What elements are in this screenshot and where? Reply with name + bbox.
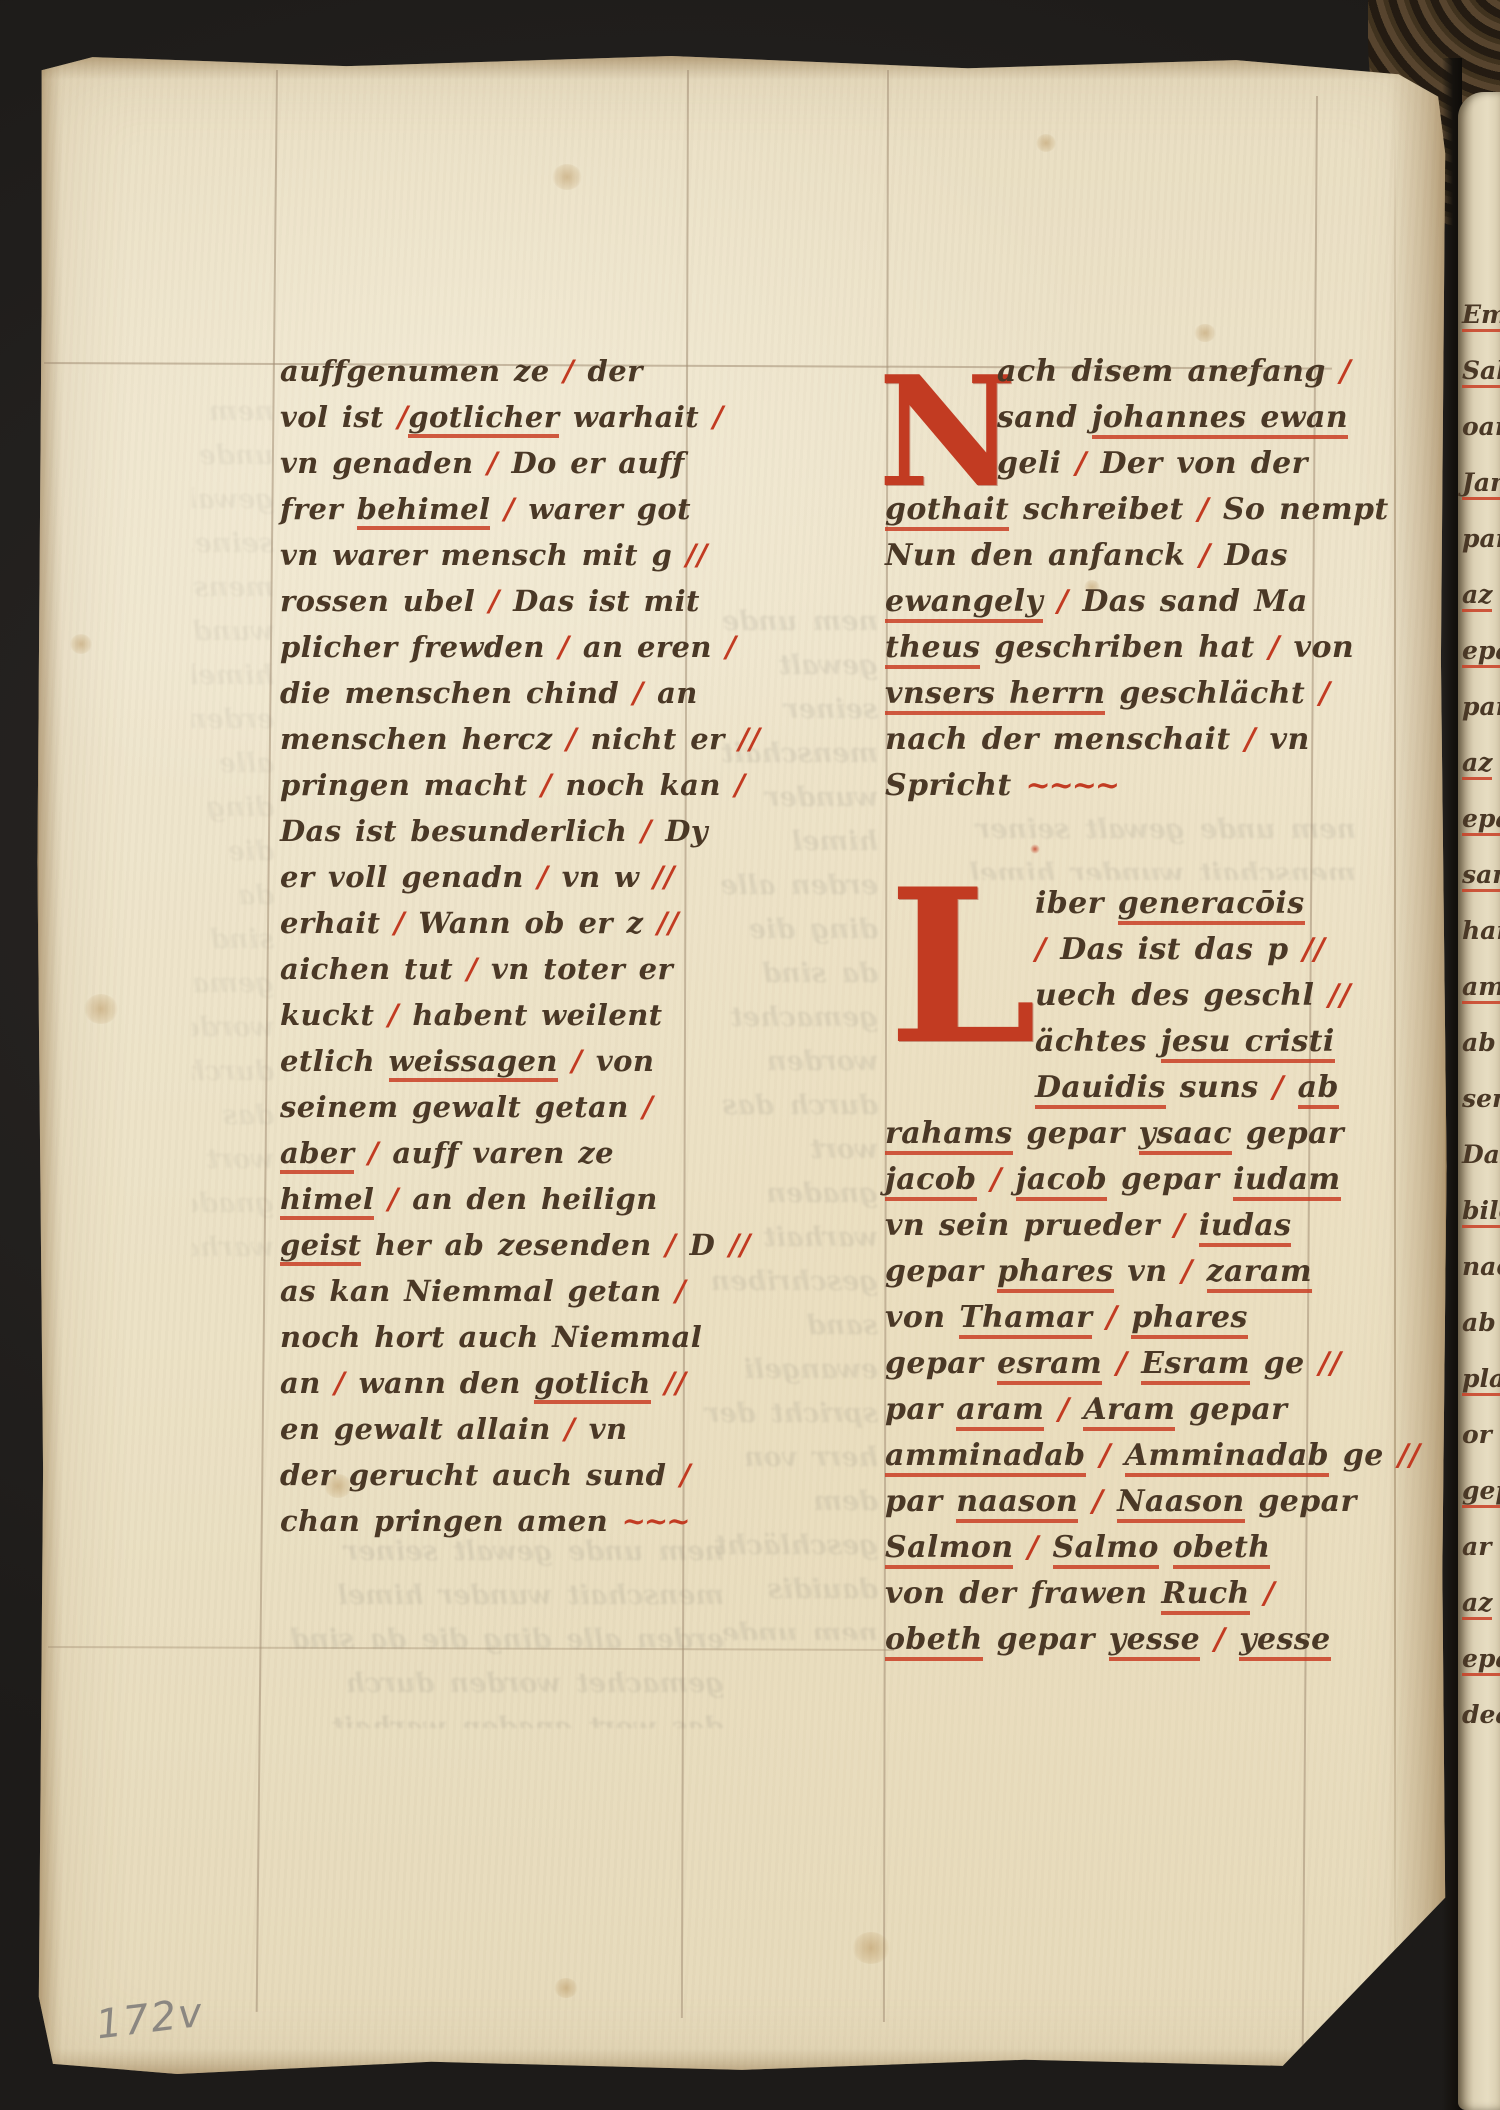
- rubric-mark: /: [1198, 492, 1209, 527]
- ink-text: Dy: [652, 814, 708, 848]
- rubric-mark: //: [1319, 1346, 1342, 1381]
- rubric-mark: /: [368, 1136, 379, 1170]
- text-line: gepar phares vn / zaram: [885, 1254, 1381, 1300]
- text-line: vnsers herrn geschlächt /: [885, 676, 1375, 722]
- ink-text: vn: [575, 1412, 627, 1446]
- ink-text: noch hort auch Niemmal: [280, 1320, 702, 1354]
- red-underlined-word: rahams: [885, 1116, 1013, 1155]
- text-line: amminadab / Amminadab ge //: [885, 1438, 1381, 1484]
- red-underlined-word: obeth: [1173, 1530, 1271, 1569]
- fore-edge-text-fragment: Das: [1458, 1140, 1500, 1196]
- ink-text: aichen tut: [280, 952, 467, 986]
- ink-text: nach: [1462, 1252, 1500, 1281]
- red-underlined-word: Salmo: [1053, 1530, 1159, 1569]
- ink-text: [1225, 1622, 1239, 1657]
- ink-text: [1185, 1208, 1199, 1243]
- show-through-text: nem unde gewalt seiner menschait wunder …: [192, 390, 274, 1270]
- rubric-mark: /: [1106, 1300, 1117, 1335]
- fore-edge-text-fragment: amo: [1458, 972, 1500, 1028]
- rubric-mark: /: [1272, 1070, 1283, 1105]
- red-underlined-word: az: [1462, 1588, 1492, 1620]
- text-line: seinem gewalt getan /: [280, 1090, 740, 1136]
- fore-edge-text-fragment: han: [1458, 916, 1500, 972]
- red-underlined-word: gotlicher: [408, 400, 559, 438]
- ink-text: [1070, 1392, 1084, 1427]
- red-underlined-word: yesse: [1109, 1622, 1200, 1661]
- rubric-mark: /: [990, 1162, 1001, 1197]
- red-underlined-word: aber: [280, 1136, 354, 1174]
- red-underlined-word: obeth: [885, 1622, 983, 1661]
- fore-edge-text-fragment: sen: [1458, 1084, 1500, 1140]
- ink-text: geschlächt: [1105, 676, 1319, 711]
- ink-text: [977, 1162, 991, 1197]
- ink-text: vn: [1114, 1254, 1182, 1289]
- fore-edge-text-fragment: par: [1458, 524, 1500, 580]
- red-underlined-word: Amminadab: [1125, 1438, 1329, 1477]
- rubric-mark: //: [664, 1366, 686, 1400]
- red-underlined-word: esram: [997, 1346, 1102, 1385]
- stain: [84, 994, 118, 1024]
- red-underlined-word: geist: [280, 1228, 361, 1266]
- ink-text: [651, 1366, 665, 1400]
- ink-text: sen: [1462, 1084, 1500, 1113]
- rubric-mark: /: [1116, 1346, 1127, 1381]
- ink-text: [1250, 1576, 1264, 1611]
- text-line: von der frawen Ruch /: [885, 1576, 1381, 1622]
- fore-edge-text-fragment: ab: [1458, 1028, 1500, 1084]
- text-line: theus geschriben hat / von: [885, 630, 1375, 676]
- rubric-mark: /: [487, 446, 498, 480]
- ink-text: [1039, 1530, 1053, 1565]
- ink-text: ab: [1462, 1028, 1496, 1057]
- rubric-mark: /: [633, 676, 644, 710]
- folio-number: 172v: [94, 1990, 207, 2049]
- ink-text: gepar: [885, 1254, 997, 1289]
- rubric-mark: //: [1302, 932, 1325, 967]
- red-underlined-word: phares: [997, 1254, 1113, 1293]
- rubric-flourish: ~~~~: [1025, 768, 1118, 803]
- red-underlined-word: Ruch: [1161, 1576, 1249, 1615]
- red-underlined-word: Jam: [1462, 468, 1500, 500]
- rubric-mark: /: [642, 1090, 653, 1124]
- text-line: vn genaden / Do er auff: [280, 446, 740, 492]
- fore-edge-text-fragment: ab ala: [1458, 1308, 1500, 1364]
- red-underlined-word: weissagen: [389, 1044, 558, 1082]
- ink-text: [558, 1044, 572, 1078]
- ink-text: en gewalt allain: [280, 1412, 564, 1446]
- ink-text: gepar: [1013, 1116, 1139, 1151]
- ink-text: Wann ob er z: [405, 906, 657, 940]
- ink-text: [1193, 1254, 1207, 1289]
- red-underlined-word: jacob: [885, 1162, 977, 1201]
- ink-text: vn warer mensch mit g: [280, 538, 686, 572]
- ink-text: or ze: [1462, 1420, 1500, 1449]
- ink-text: Der von der: [1087, 446, 1308, 481]
- red-underlined-word: Esram: [1141, 1346, 1250, 1385]
- text-line: die menschen chind / an: [280, 676, 740, 722]
- rubric-mark: /: [541, 768, 552, 802]
- ink-text: kuckt: [280, 998, 388, 1032]
- ink-text: Das: [1462, 1140, 1500, 1169]
- ink-text: Das ist mit: [500, 584, 700, 618]
- rubric-mark: /: [1181, 1254, 1192, 1289]
- red-underlined-word: zaram: [1207, 1254, 1312, 1293]
- ink-text: seinem gewalt getan: [280, 1090, 642, 1124]
- stain: [852, 1932, 890, 1964]
- ink-text: pringen macht: [280, 768, 541, 802]
- rubric-mark: /: [1057, 584, 1068, 619]
- stain: [554, 1978, 578, 1998]
- ink-text: Do er auff: [498, 446, 685, 480]
- rubric-mark: /: [713, 400, 724, 434]
- stain: [70, 634, 92, 654]
- fore-edge-text-fragment: Jam: [1458, 468, 1500, 524]
- ink-text: ächtes: [1035, 1024, 1161, 1059]
- text-line: Spricht ~~~~: [885, 768, 1375, 814]
- rubric-mark: //: [729, 1228, 751, 1262]
- text-line: rossen ubel / Das ist mit: [280, 584, 740, 630]
- ink-text: der: [574, 354, 643, 388]
- red-underlined-word: jesu cristi: [1161, 1024, 1335, 1063]
- ink-text: die menschen chind: [280, 676, 633, 710]
- text-line: Dauidis suns / ab: [885, 1070, 1381, 1116]
- stain: [552, 164, 582, 190]
- red-underlined-word: vnsers herrn: [885, 676, 1105, 715]
- red-underlined-word: epar: [1462, 636, 1500, 668]
- right-text-column-paragraph-2: iber generacōis/ Das ist das p //uech de…: [885, 886, 1381, 1668]
- rubric-mark: //: [653, 860, 675, 894]
- red-underlined-word: gothait: [885, 492, 1009, 531]
- ink-text: rossen ubel: [280, 584, 489, 618]
- ink-text: par: [885, 1392, 956, 1427]
- ink-text: von der frawen: [885, 1576, 1161, 1611]
- ink-text: suns: [1166, 1070, 1273, 1105]
- text-line: erhait / Wann ob er z //: [280, 906, 740, 952]
- ink-text: chan pringen amen: [280, 1504, 622, 1538]
- text-line: etlich weissagen / von: [280, 1044, 740, 1090]
- rubric-mark: //: [1398, 1438, 1421, 1473]
- rubric-mark: /: [563, 354, 574, 388]
- ink-text: oam: [1462, 412, 1500, 441]
- ink-text: etlich: [280, 1044, 389, 1078]
- ink-text: [1111, 1438, 1125, 1473]
- ink-text: [1118, 1300, 1132, 1335]
- rubric-mark: /: [571, 1044, 582, 1078]
- ink-text: geli: [997, 446, 1075, 481]
- fore-edge-text-fragment: plar: [1458, 1364, 1500, 1420]
- text-line: gothait schreibet / So nempt: [885, 492, 1375, 538]
- red-underlined-word: ab: [1298, 1070, 1339, 1109]
- red-underlined-word: ysaac: [1139, 1116, 1232, 1155]
- ink-text: vn w: [548, 860, 653, 894]
- rubric-mark: /: [1264, 1576, 1275, 1611]
- ink-text: par: [885, 1484, 956, 1519]
- ink-text: Das: [1210, 538, 1287, 573]
- ink-text: an den heilign: [399, 1182, 658, 1216]
- ink-text: Das sand Ma: [1068, 584, 1307, 619]
- ink-text: [1086, 1438, 1100, 1473]
- ink-text: plicher frewden: [280, 630, 558, 664]
- manuscript-page: nem unde gewalt seiner menschait wunder …: [36, 52, 1448, 2078]
- red-underlined-word: theus: [885, 630, 980, 669]
- text-line: geist her ab zesenden / D //: [280, 1228, 740, 1274]
- rubric-mark: /: [675, 1274, 686, 1308]
- red-underlined-word: Dauidis: [1035, 1070, 1166, 1109]
- ink-text: [1200, 1622, 1214, 1657]
- rubric-mark: /: [558, 630, 569, 664]
- fore-edge-text-fragment: epar: [1458, 1644, 1500, 1700]
- text-line: uech des geschl //: [885, 978, 1381, 1024]
- ink-text: her ab zesenden: [361, 1228, 665, 1262]
- text-line: noch hort auch Niemmal: [280, 1320, 740, 1366]
- rubric-mark: /: [397, 400, 408, 434]
- rubric-mark: //: [1328, 978, 1351, 1013]
- rubric-mark: /: [1035, 932, 1046, 967]
- rubric-mark: /: [1099, 1438, 1110, 1473]
- ink-text: auff varen ze: [379, 1136, 614, 1170]
- red-underlined-word: Salo: [1462, 356, 1500, 388]
- red-underlined-word: bilon: [1462, 1196, 1500, 1228]
- red-underlined-word: johannes ewan: [1092, 400, 1349, 439]
- red-underlined-word: phares: [1131, 1300, 1247, 1339]
- page-crease: [1394, 112, 1396, 2012]
- ink-text: [1103, 1484, 1117, 1519]
- fore-edge-text-fragment: epar: [1458, 804, 1500, 860]
- stain: [1194, 324, 1216, 342]
- fore-edge-text-fragment: sam: [1458, 860, 1500, 916]
- red-underlined-word: aram: [956, 1392, 1044, 1431]
- text-line: vol ist /gotlicher warhait /: [280, 400, 740, 446]
- ink-text: [1284, 1070, 1298, 1105]
- rubric-mark: //: [686, 538, 708, 572]
- rubric-mark: /: [334, 1366, 345, 1400]
- red-underlined-word: jacob: [1016, 1162, 1108, 1201]
- rubric-mark: /: [1092, 1484, 1103, 1519]
- rubric-mark: /: [665, 1228, 676, 1262]
- text-line: ach disem anefang /: [885, 354, 1375, 400]
- fore-edge-text-fragment: oam: [1458, 412, 1500, 468]
- ink-text: [1044, 1392, 1058, 1427]
- rubric-mark: /: [388, 998, 399, 1032]
- ink-text: Das ist besunderlich: [280, 814, 641, 848]
- red-underlined-word: generacōis: [1118, 886, 1305, 925]
- fore-edge-text-fragment: Salo: [1458, 356, 1500, 412]
- fore-edge-text-fragment: par: [1458, 692, 1500, 748]
- rubric-mark: /: [489, 584, 500, 618]
- fore-edge-text-fragment: epar: [1458, 636, 1500, 692]
- rubric-mark: /: [1058, 1392, 1069, 1427]
- text-line: en gewalt allain / vn: [280, 1412, 740, 1458]
- red-underlined-word: sam: [1462, 860, 1500, 892]
- manuscript-photo: EmmSalooamJamparazeparparazeparsamhanamo…: [0, 0, 1500, 2110]
- rubric-mark: /: [1174, 1208, 1185, 1243]
- ink-text: sand: [997, 400, 1092, 435]
- ink-text: gepar: [983, 1622, 1109, 1657]
- rubric-mark: //: [738, 722, 760, 756]
- ink-text: [1002, 1162, 1016, 1197]
- ink-text: frer: [280, 492, 357, 526]
- rubric-mark: /: [467, 952, 478, 986]
- red-underlined-word: Thamar: [959, 1300, 1092, 1339]
- text-line: frer behimel / warer got: [280, 492, 740, 538]
- text-line: kuckt / habent weilent: [280, 998, 740, 1044]
- text-line: ächtes jesu cristi: [885, 1024, 1381, 1070]
- ink-text: par: [1462, 524, 1500, 553]
- red-underlined-word: iudas: [1199, 1208, 1292, 1247]
- ink-text: schreibet: [1009, 492, 1197, 527]
- text-line: / Das ist das p //: [885, 932, 1381, 978]
- fore-edge-text-fragment: or ze: [1458, 1420, 1500, 1476]
- text-line: Das ist besunderlich / Dy: [280, 814, 740, 860]
- red-underlined-word: plar: [1462, 1364, 1500, 1396]
- rubric-mark: /: [537, 860, 548, 894]
- rubric-mark: /: [1199, 538, 1210, 573]
- ink-text: der gerucht auch sund: [280, 1458, 680, 1492]
- ink-text: wann den: [345, 1366, 534, 1400]
- ink-text: ge: [1250, 1346, 1319, 1381]
- ink-text: er voll genadn: [280, 860, 537, 894]
- ink-text: von: [582, 1044, 654, 1078]
- fore-edge-text-fragment: az: [1458, 748, 1500, 804]
- fore-edge-text-fragment: az: [1458, 580, 1500, 636]
- rubric-mark: //: [657, 906, 679, 940]
- ink-text: auffgenumen ze: [280, 354, 563, 388]
- text-line: auffgenumen ze / der: [280, 354, 740, 400]
- fore-edge-blank: [1458, 92, 1500, 300]
- ink-text: [1092, 1300, 1106, 1335]
- fore-edge-text-fragment: gepar: [1458, 1476, 1500, 1532]
- ink-text: dea: [1462, 1700, 1500, 1729]
- text-line: himel / an den heilign: [280, 1182, 740, 1228]
- ink-text: geschriben hat: [980, 630, 1268, 665]
- ink-text: ach disem anefang: [997, 354, 1340, 389]
- red-underlined-word: Aram: [1083, 1392, 1175, 1431]
- red-underlined-word: amminadab: [885, 1438, 1086, 1477]
- text-line: as kan Niemmal getan /: [280, 1274, 740, 1320]
- rubric-mark: /: [388, 1182, 399, 1216]
- ink-text: gepar: [885, 1346, 997, 1381]
- ink-text: menschen hercz: [280, 722, 566, 756]
- rubric-mark: /: [1214, 1622, 1225, 1657]
- ink-text: as kan Niemmal getan: [280, 1274, 675, 1308]
- rubric-mark: /: [1244, 722, 1255, 757]
- red-underlined-word: epar: [1462, 804, 1500, 836]
- text-line: pringen macht / noch kan /: [280, 768, 740, 814]
- text-line: par naason / Naason gepar: [885, 1484, 1381, 1530]
- red-underlined-word: naason: [956, 1484, 1078, 1523]
- ink-text: von: [1280, 630, 1354, 665]
- text-line: an / wann den gotlich //: [280, 1366, 740, 1412]
- red-underlined-word: az: [1462, 580, 1492, 612]
- text-line: Salmon / Salmo obeth: [885, 1530, 1381, 1576]
- ink-text: vol ist: [280, 400, 397, 434]
- text-line: chan pringen amen ~~~: [280, 1504, 740, 1550]
- ink-text: Spricht: [885, 768, 1025, 803]
- red-underlined-word: behimel: [357, 492, 491, 530]
- ink-text: par: [1462, 692, 1500, 721]
- rubric-mark: /: [734, 768, 745, 802]
- ink-text: nicht er: [577, 722, 738, 756]
- rubric-mark: /: [566, 722, 577, 756]
- rubric-mark: /: [1268, 630, 1279, 665]
- text-line: Nun den anfanck / Das: [885, 538, 1375, 584]
- fore-edge-text-fragment: Emm: [1458, 300, 1500, 356]
- rubric-mark: /: [564, 1412, 575, 1446]
- text-line: jacob / jacob gepar iudam: [885, 1162, 1381, 1208]
- fore-edge-text-fragment: bilon: [1458, 1196, 1500, 1252]
- red-underlined-word: iudam: [1233, 1162, 1340, 1201]
- fore-edge-text-fragment: az: [1458, 1588, 1500, 1644]
- text-line: der gerucht auch sund /: [280, 1458, 740, 1504]
- red-underlined-word: Salmon: [885, 1530, 1013, 1569]
- ink-text: an: [644, 676, 698, 710]
- red-underlined-word: ewangely: [885, 584, 1043, 623]
- ink-text: iber: [1035, 886, 1118, 921]
- ink-text: an: [280, 1366, 334, 1400]
- fore-edge-text-fragment: dea: [1458, 1700, 1500, 1756]
- rubric-mark: /: [680, 1458, 691, 1492]
- ink-text: han: [1462, 916, 1500, 945]
- ink-text: D: [676, 1228, 729, 1262]
- text-line: menschen hercz / nicht er //: [280, 722, 740, 768]
- text-line: plicher frewden / an eren /: [280, 630, 740, 676]
- rubric-flourish: ~~~: [622, 1504, 689, 1538]
- ink-text: vn toter er: [478, 952, 674, 986]
- text-line: vn warer mensch mit g //: [280, 538, 740, 584]
- stain: [1036, 134, 1056, 152]
- ink-text: warhait: [559, 400, 712, 434]
- text-line: ewangely / Das sand Ma: [885, 584, 1375, 630]
- ink-text: gepar: [1245, 1484, 1357, 1519]
- red-underlined-word: amo: [1462, 972, 1500, 1004]
- ink-text: gepar: [1232, 1116, 1344, 1151]
- ink-text: von: [885, 1300, 959, 1335]
- rubric-mark: /: [725, 630, 736, 664]
- red-underlined-word: gotlich: [534, 1366, 651, 1404]
- text-line: gepar esram / Esram ge //: [885, 1346, 1381, 1392]
- rubric-mark: /: [641, 814, 652, 848]
- text-line: sand johannes ewan: [885, 400, 1375, 446]
- ink-text: [1102, 1346, 1116, 1381]
- red-underlined-word: himel: [280, 1182, 374, 1220]
- red-underlined-word: az: [1462, 748, 1492, 780]
- rubric-mark: /: [1027, 1530, 1038, 1565]
- text-line: iber generacōis: [885, 886, 1381, 932]
- ink-text: Nun den anfanck: [885, 538, 1199, 573]
- text-line: par aram / Aram gepar: [885, 1392, 1381, 1438]
- ink-text: erhait: [280, 906, 394, 940]
- ink-text: [374, 1182, 388, 1216]
- rubric-mark: /: [394, 906, 405, 940]
- ink-text: warer got: [515, 492, 691, 526]
- red-underlined-word: Emm: [1462, 300, 1500, 332]
- rubric-mark: /: [1340, 354, 1351, 389]
- text-line: er voll genadn / vn w //: [280, 860, 740, 906]
- text-line: nach der menschait / vn: [885, 722, 1375, 768]
- red-underlined-word: Naason: [1117, 1484, 1244, 1523]
- text-line: rahams gepar ysaac gepar: [885, 1116, 1381, 1162]
- ink-text: gepar: [1107, 1162, 1233, 1197]
- ink-text: [1127, 1346, 1141, 1381]
- ink-text: [1078, 1484, 1092, 1519]
- text-line: von Thamar / phares: [885, 1300, 1381, 1346]
- right-text-column-paragraph-1: ach disem anefang /sand johannes ewangel…: [885, 354, 1375, 814]
- fore-edge-text-fragment: ar: [1458, 1532, 1500, 1588]
- ink-text: noch kan: [552, 768, 734, 802]
- red-underlined-word: epar: [1462, 1644, 1500, 1676]
- left-text-column: auffgenumen ze / dervol ist /gotlicher w…: [280, 354, 740, 1550]
- text-line: aichen tut / vn toter er: [280, 952, 740, 998]
